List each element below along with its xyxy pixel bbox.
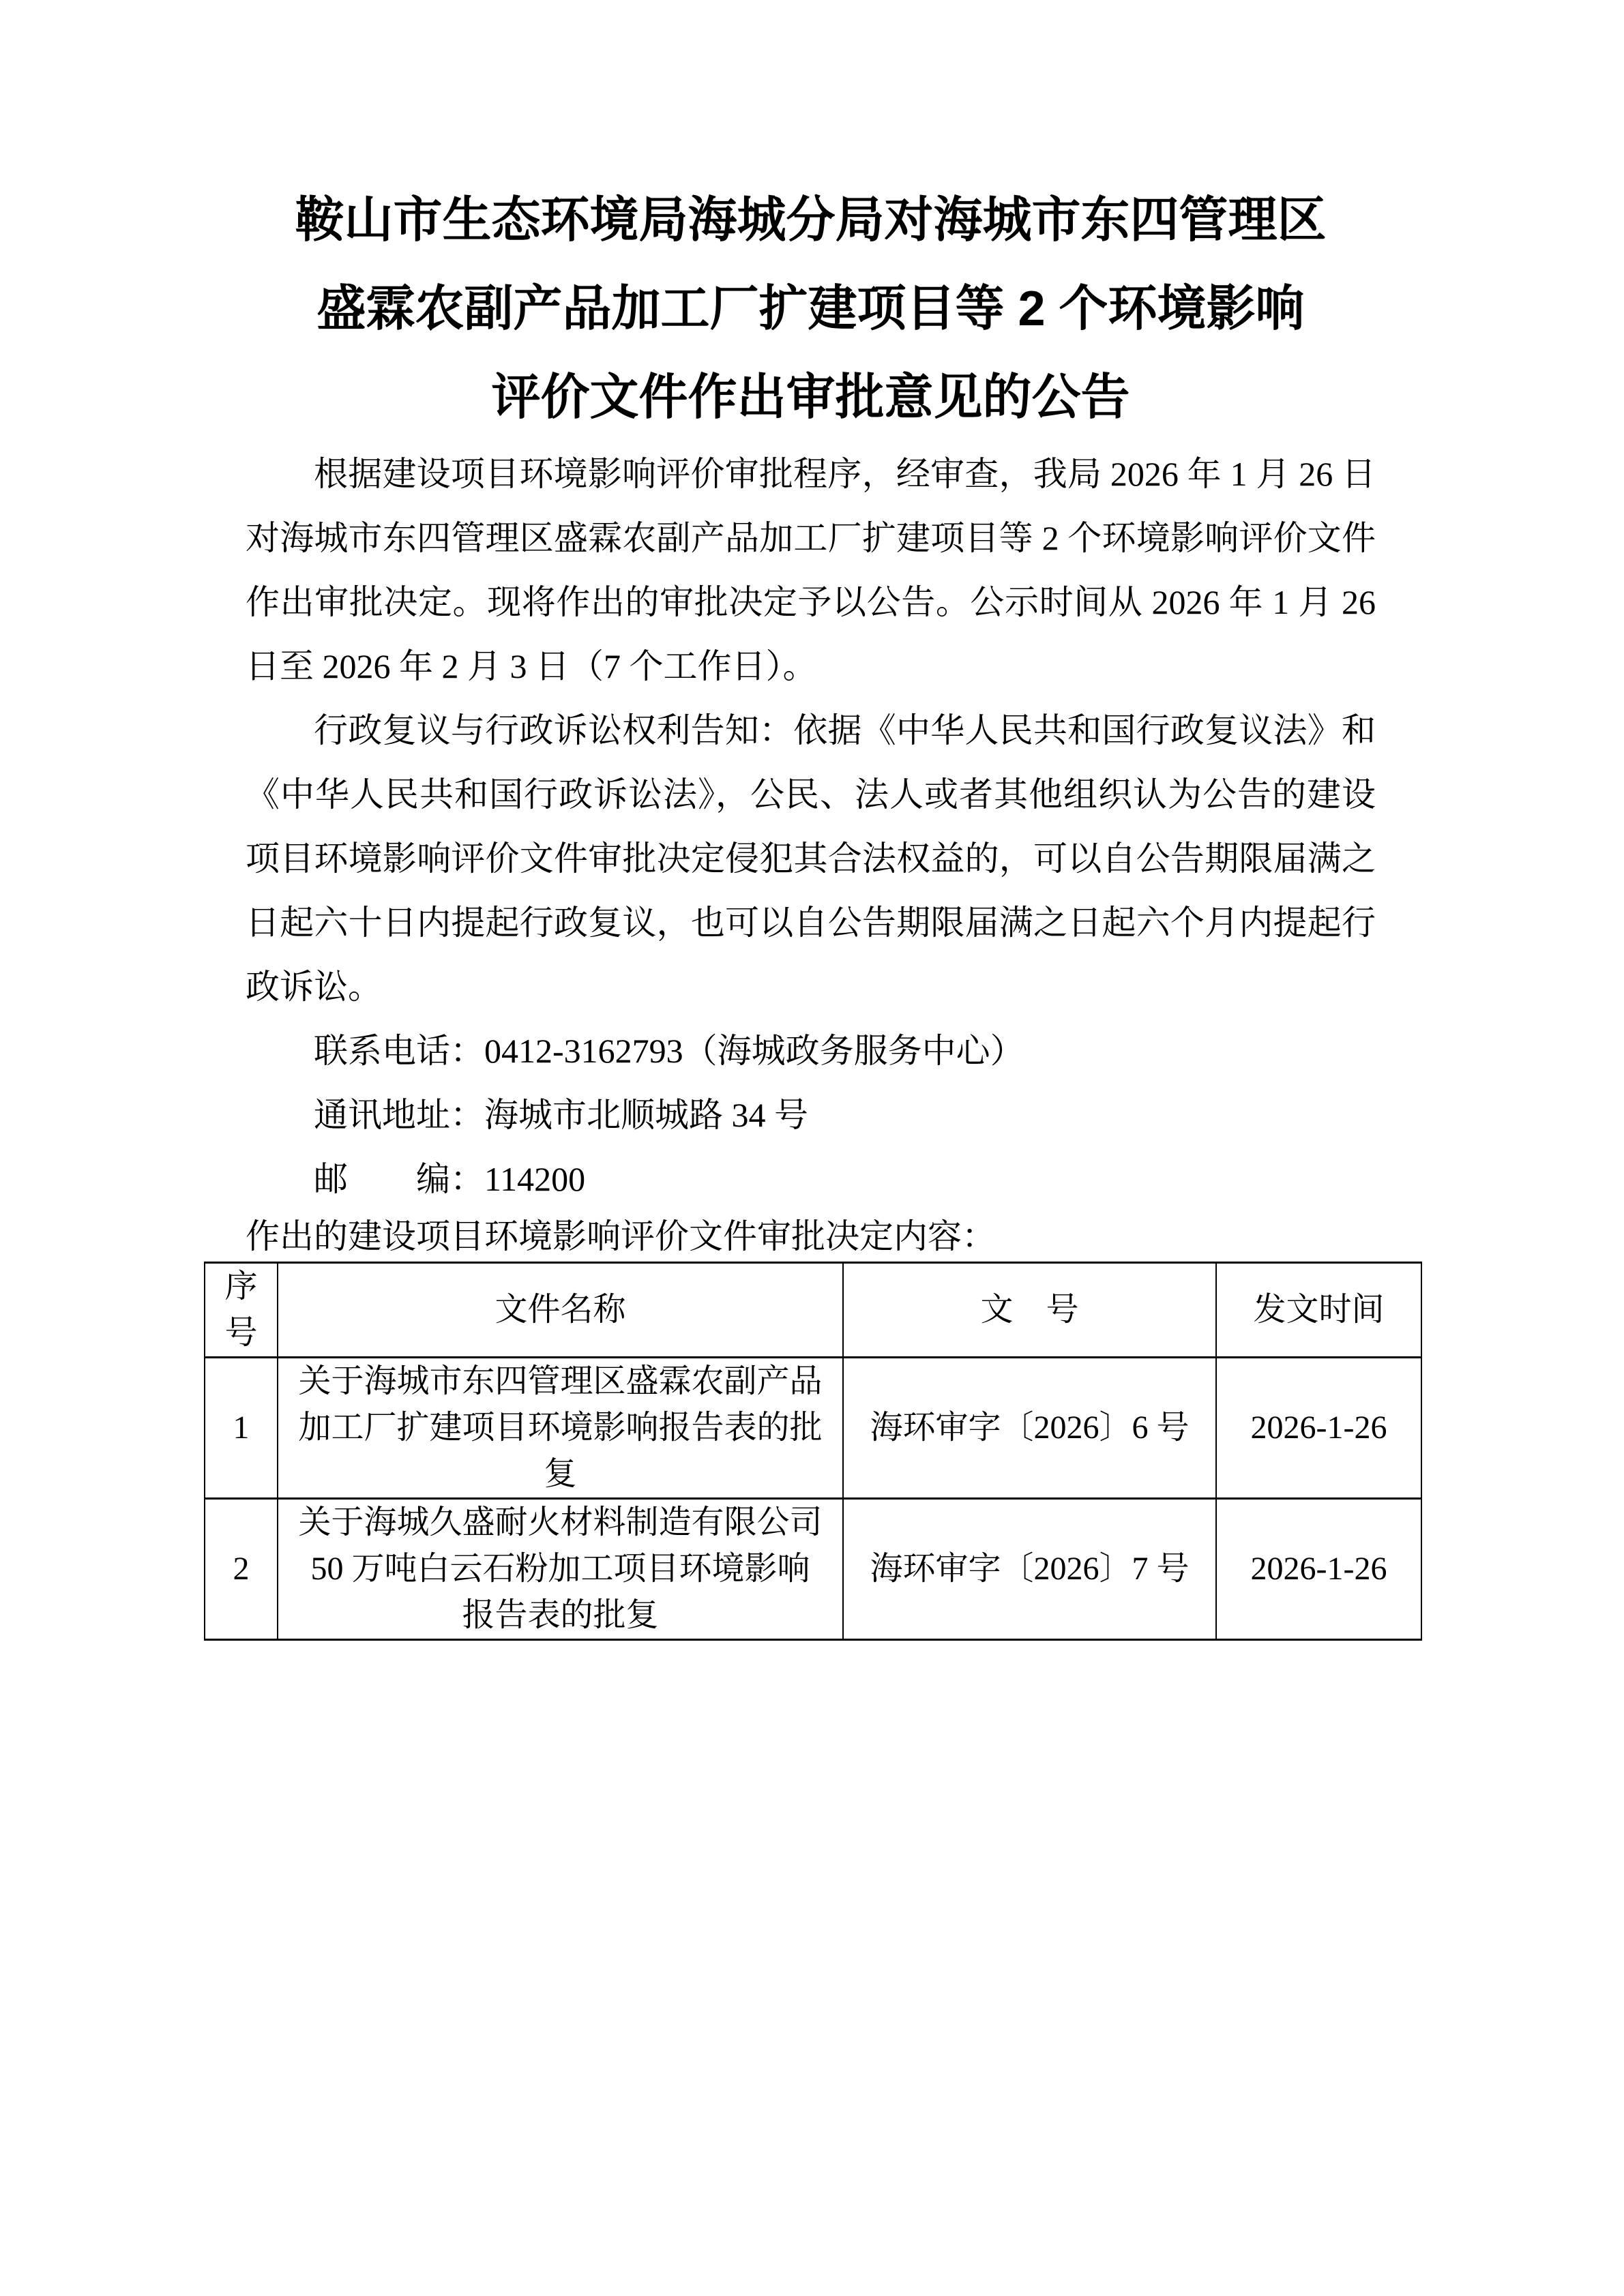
approval-decision-table: 序 号 文件名称 文 号 发文时间 1 关于海城市东四管理区盛霖农副产品加工厂扩… [204, 1262, 1422, 1641]
contact-address: 通讯地址：海城市北顺城路 34 号 [246, 1083, 1376, 1147]
document-page: 鞍山市生态环境局海城分局对海城市东四管理区 盛霖农副产品加工厂扩建项目等 2 个… [0, 0, 1624, 2296]
row2-doc-number: 海环审字〔2026〕7 号 [843, 1499, 1216, 1640]
header-seq-no: 序 号 [205, 1263, 278, 1358]
paragraph-approval-notice: 根据建设项目环境影响评价审批程序，经审查，我局 2026 年 1 月 26 日对… [246, 442, 1376, 698]
header-doc-number: 文 号 [843, 1263, 1216, 1358]
table-header-row: 序 号 文件名称 文 号 发文时间 [205, 1263, 1421, 1358]
table-intro-line: 作出的建设项目环境影响评价文件审批决定内容： [246, 1211, 1376, 1262]
row1-file-name: 关于海城市东四管理区盛霖农副产品加工厂扩建项目环境影响报告表的批复 [278, 1358, 843, 1499]
table-row-1: 1 关于海城市东四管理区盛霖农副产品加工厂扩建项目环境影响报告表的批复 海环审字… [205, 1358, 1421, 1499]
title-line-2: 盛霖农副产品加工厂扩建项目等 2 个环境影响 [246, 265, 1376, 353]
header-issue-date: 发文时间 [1216, 1263, 1421, 1358]
row2-seq-no: 2 [205, 1499, 278, 1640]
row1-seq-no: 1 [205, 1358, 278, 1499]
row1-issue-date: 2026-1-26 [1216, 1358, 1421, 1499]
contact-phone: 联系电话：0412-3162793（海城政务服务中心） [246, 1019, 1376, 1083]
table-row-2: 2 关于海城久盛耐火材料制造有限公司 50 万吨白云石粉加工项目环境影响报告表的… [205, 1499, 1421, 1640]
row1-doc-number: 海环审字〔2026〕6 号 [843, 1358, 1216, 1499]
title-line-3: 评价文件作出审批意见的公告 [246, 353, 1376, 442]
title-line-1: 鞍山市生态环境局海城分局对海城市东四管理区 [246, 176, 1376, 265]
header-file-name: 文件名称 [278, 1263, 843, 1358]
contact-postcode: 邮 编：114200 [246, 1147, 1376, 1211]
page-title: 鞍山市生态环境局海城分局对海城市东四管理区 盛霖农副产品加工厂扩建项目等 2 个… [246, 176, 1376, 442]
row2-file-name: 关于海城久盛耐火材料制造有限公司 50 万吨白云石粉加工项目环境影响报告表的批复 [278, 1499, 843, 1640]
row2-issue-date: 2026-1-26 [1216, 1499, 1421, 1640]
paragraph-legal-rights: 行政复议与行政诉讼权利告知：依据《中华人民共和国行政复议法》和《中华人民共和国行… [246, 698, 1376, 1019]
